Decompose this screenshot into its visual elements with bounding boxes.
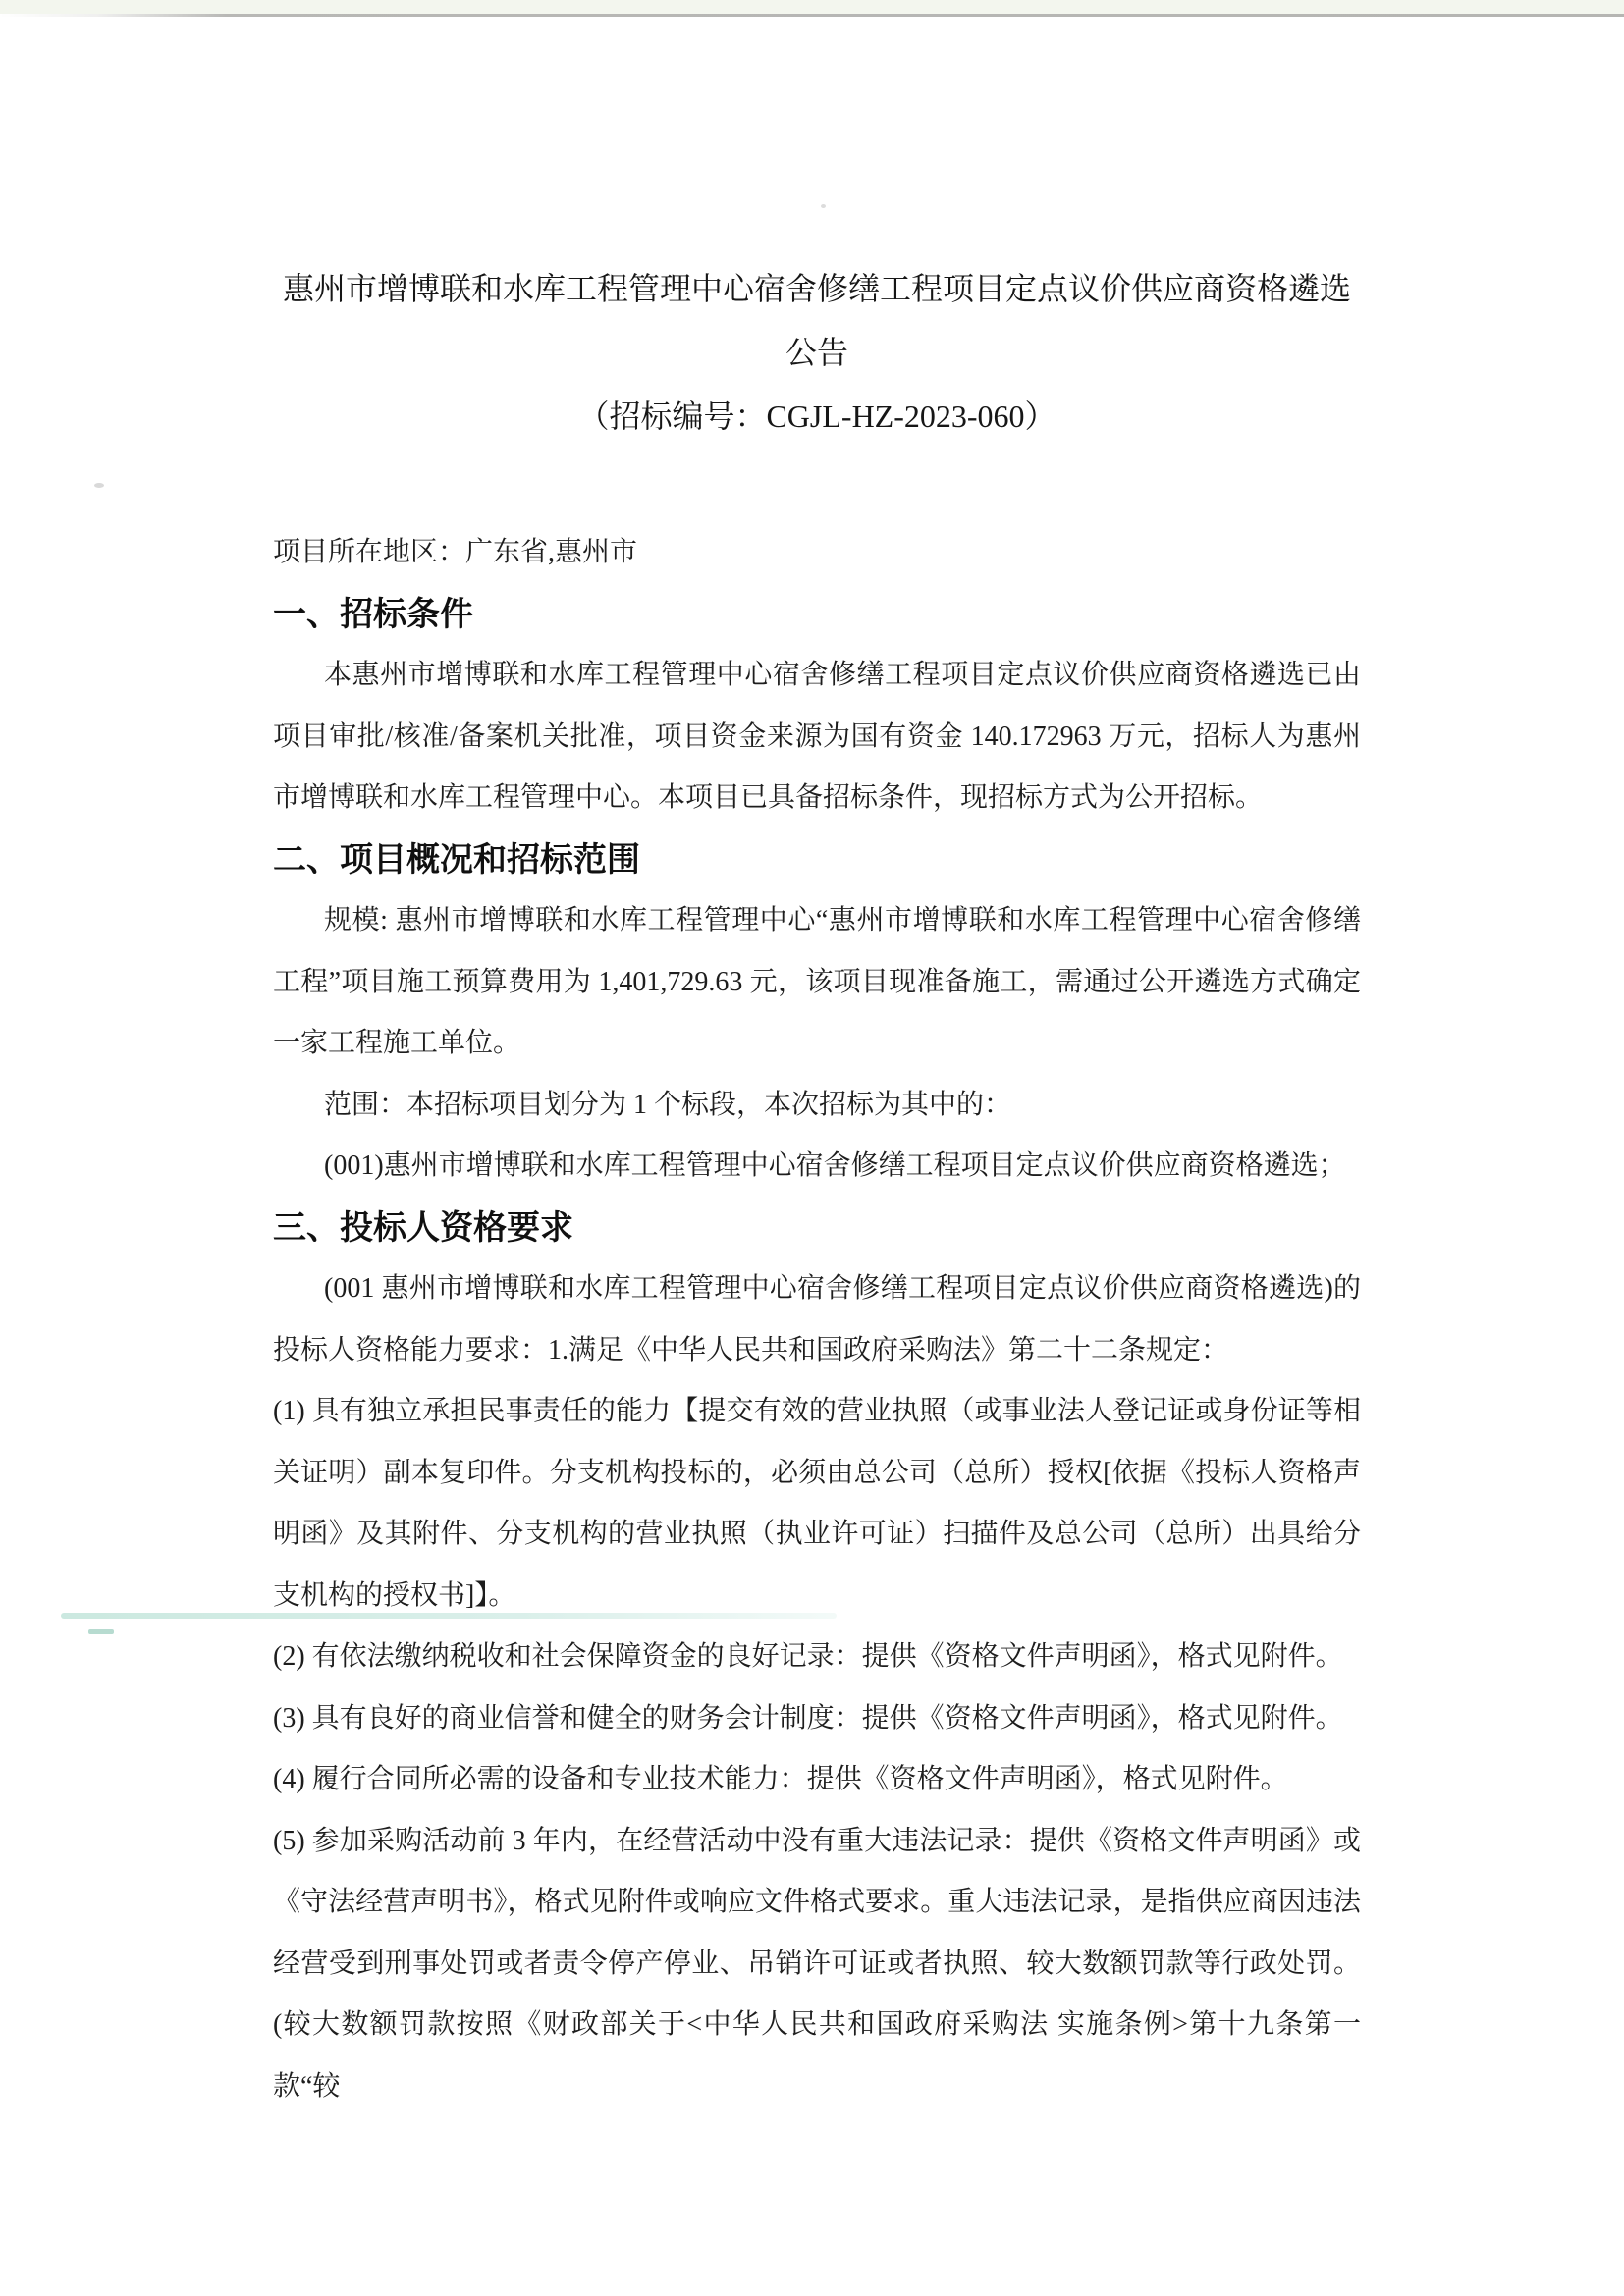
paragraph-qualification-intro: (001 惠州市增博联和水库工程管理中心宿舍修缮工程项目定点议价供应商资格遴选)…	[273, 1258, 1361, 1381]
scanned-document-page: 惠州市增博联和水库工程管理中心宿舍修缮工程项目定点议价供应商资格遴选 公告 （招…	[0, 0, 1624, 2296]
document-text-flow: 项目所在地区：广东省,惠州市 一、招标条件 本惠州市增博联和水库工程管理中心宿舍…	[273, 522, 1361, 2117]
paragraph-tender-scope: 范围：本招标项目划分为 1 个标段，本次招标为其中的：	[273, 1075, 1361, 1137]
scan-artifact-top-band	[0, 0, 1624, 14]
paragraph-requirement-3: (3) 具有良好的商业信誉和健全的财务会计制度：提供《资格文件声明函》，格式见附…	[273, 1688, 1361, 1750]
paragraph-tender-conditions: 本惠州市增博联和水库工程管理中心宿舍修缮工程项目定点议价供应商资格遴选已由项目审…	[273, 645, 1361, 829]
title-body-gap	[273, 449, 1361, 522]
paragraph-project-scale: 规模: 惠州市增博联和水库工程管理中心“惠州市增博联和水库工程管理中心宿舍修缮工…	[273, 890, 1361, 1075]
section-heading-project-overview: 二、项目概况和招标范围	[273, 829, 1361, 891]
project-location-line: 项目所在地区：广东省,惠州市	[273, 522, 1361, 584]
scan-artifact-top-line	[0, 14, 1624, 17]
section-heading-tender-conditions: 一、招标条件	[273, 584, 1361, 646]
paragraph-requirement-2: (2) 有依法缴纳税收和社会保障资金的良好记录：提供《资格文件声明函》，格式见附…	[273, 1627, 1361, 1688]
scan-artifact-speck	[821, 204, 826, 208]
document-body: 惠州市增博联和水库工程管理中心宿舍修缮工程项目定点议价供应商资格遴选 公告 （招…	[273, 257, 1361, 2117]
document-title-line-1: 惠州市增博联和水库工程管理中心宿舍修缮工程项目定点议价供应商资格遴选	[273, 257, 1361, 321]
paragraph-requirement-4: (4) 履行合同所必需的设备和专业技术能力：提供《资格文件声明函》，格式见附件。	[273, 1749, 1361, 1811]
document-title-block: 惠州市增博联和水库工程管理中心宿舍修缮工程项目定点议价供应商资格遴选 公告 （招…	[273, 257, 1361, 449]
paragraph-requirement-5: (5) 参加采购活动前 3 年内，在经营活动中没有重大违法记录：提供《资格文件声…	[273, 1811, 1361, 2118]
paragraph-lot-001: (001)惠州市增博联和水库工程管理中心宿舍修缮工程项目定点议价供应商资格遴选；	[273, 1136, 1361, 1198]
document-title-line-2: 公告	[273, 321, 1361, 385]
paragraph-requirement-1: (1) 具有独立承担民事责任的能力【提交有效的营业执照（或事业法人登记证或身份证…	[273, 1381, 1361, 1627]
tender-number: （招标编号：CGJL-HZ-2023-060）	[273, 385, 1361, 449]
section-heading-bidder-qualifications: 三、投标人资格要求	[273, 1198, 1361, 1259]
scan-artifact-speck	[94, 483, 104, 488]
scan-artifact-dash	[88, 1629, 114, 1634]
